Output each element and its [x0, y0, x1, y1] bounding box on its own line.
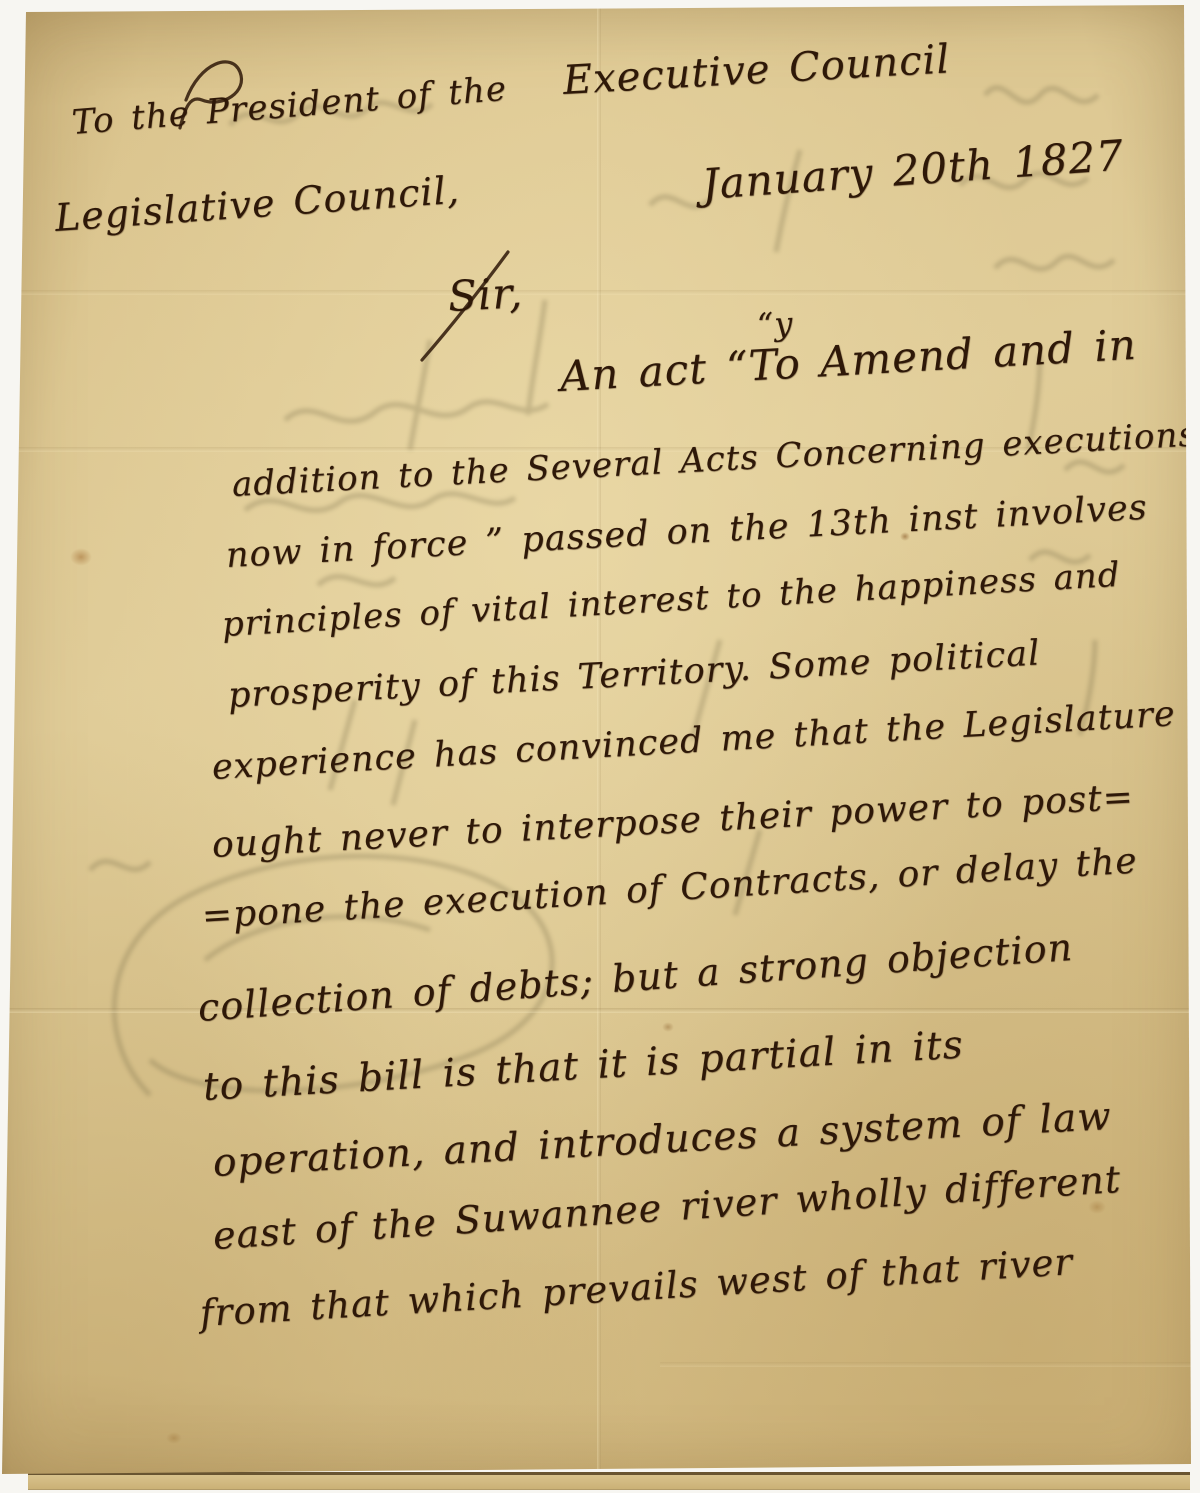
body-line-5: prosperity of this Territory. Some polit… — [227, 633, 1041, 716]
upper-fold-crease — [0, 290, 1200, 295]
body-line-13: from that which prevails west of that ri… — [199, 1240, 1075, 1335]
insertion-mark: “y — [756, 304, 794, 344]
letter-page: Executive Council January 20th 1827 To t… — [0, 0, 1200, 1493]
foxing-stain — [166, 1432, 182, 1444]
heading-date: January 20th 1827 — [700, 131, 1125, 209]
bottom-partial-crease — [660, 1362, 1200, 1367]
heading-office: Executive Council — [562, 36, 952, 104]
second-page-edge — [28, 1472, 1190, 1490]
foxing-stain — [662, 1022, 674, 1032]
body-line-9: collection of debts; but a strong object… — [196, 925, 1074, 1030]
salutation: Sir, — [447, 268, 524, 321]
body-line-1: An act “To Amend and in — [559, 320, 1138, 401]
recipient-line-1: To the President of the — [70, 69, 508, 143]
lower-fold-crease — [0, 1008, 1200, 1013]
scan-background: Executive Council January 20th 1827 To t… — [0, 0, 1200, 1493]
recipient-line-2: Legislative Council, — [53, 168, 461, 240]
body-line-2: addition to the Several Acts Concerning … — [231, 414, 1198, 505]
foxing-stain — [70, 548, 92, 566]
body-line-10: to this bill is that it is partial in it… — [202, 1023, 965, 1110]
